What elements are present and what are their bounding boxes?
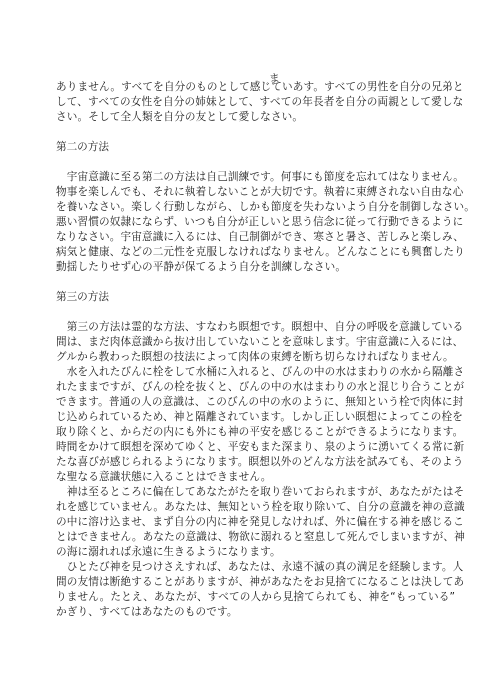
text-line: ありません。すべてを自分のものとして感じていあす。すべての男性を自分の兄弟と — [56, 80, 426, 95]
intro-paragraph: ありません。すべてを自分のものとして感じていあす。すべての男性を自分の兄弟と し… — [56, 80, 426, 125]
text-line: れを感じていません。あなたは、無知という栓を取り除いて、自分の意識を神の意識 — [56, 500, 426, 515]
text-line: の海に溺れれば永遠に生きるようになります。 — [56, 545, 426, 560]
text-line: なりなさい。宇宙意識に入るには、自己制御ができ、寒さと暑さ、苦しみと楽しみ、 — [56, 230, 426, 245]
section-2-paragraph: 宇宙意識に至る第二の方法は自己訓練です。何事にも節度を忘れてはなりません。 物事… — [56, 170, 426, 275]
spacer — [56, 305, 426, 320]
text-line: れたままですが、びんの栓を抜くと、びんの中の水はまわりの水と混じり合うことが — [56, 380, 426, 395]
text-line: 水を入れたびんに栓をして水桶に入れると、びんの中の水はまわりの水から隔離さ — [56, 365, 426, 380]
section-heading-third-method: 第三の方法 — [56, 290, 426, 305]
section-3-paragraphs: 第三の方法は霊的な方法、すなわち瞑想です。瞑想中、自分の呼吸を意識している 間は… — [56, 320, 426, 620]
spacer — [56, 155, 426, 170]
text-line: な聖なる意識状態に入ることはできません。 — [56, 470, 426, 485]
text-line: 間の友情は断絶することがありますが、神があなたをお見捨てになることは決してあ — [56, 575, 426, 590]
document-body: ありません。すべてを自分のものとして感じていあす。すべての男性を自分の兄弟と し… — [56, 80, 426, 620]
text-line: かぎり、すべてはあなたのものです。 — [56, 605, 426, 620]
text-line: ひとたび神を見つけさえすれば、あなたは、永遠不滅の真の満足を経験します。人 — [56, 560, 426, 575]
text-line: 物事を楽しんでも、それに執着しないことが大切です。執着に束縛されない自由な心 — [56, 185, 426, 200]
spacer — [56, 125, 426, 140]
text-line: 間は、まだ肉体意識から抜け出していないことを意味します。宇宙意識に入るには、 — [56, 335, 426, 350]
text-line: 病気と健康、などの二元性を克服しなければなりません。どんなことにも興奮したり — [56, 245, 426, 260]
text-line: 時間をかけて瞑想を深めてゆくと、平安もまた深まり、泉のように湧いてくる常に新 — [56, 440, 426, 455]
text-line: 取り除くと、からだの内にも外にも神の平安を感じることができるようになります。 — [56, 425, 426, 440]
text-line: たな喜びが感じられるようになります。瞑想以外のどんな方法を試みても、そのよう — [56, 455, 426, 470]
text-line: 動揺したりせず心の平静が保てるよう自分を訓練しなさい。 — [56, 260, 426, 275]
text-line: できます。普通の人の意識は、このびんの中の水のように、無知という栓で肉体に封 — [56, 395, 426, 410]
spacer — [56, 275, 426, 290]
text-line: じ込められているため、神と隔離されています。しかし正しい瞑想によってこの栓を — [56, 410, 426, 425]
text-line: の中に溶け込ませ、まず自分の内に神を発見しなければ、外に偏在する神を感じるこ — [56, 515, 426, 530]
text-line: 神は至るところに偏在してあなたがたを取り巻いておられますが、あなたがたはそ — [56, 485, 426, 500]
text-line: 宇宙意識に至る第二の方法は自己訓練です。何事にも節度を忘れてはなりません。 — [56, 170, 426, 185]
text-line: 第三の方法は霊的な方法、すなわち瞑想です。瞑想中、自分の呼吸を意識している — [56, 320, 426, 335]
text-line: 悪い習慣の奴隷にならず、いつも自分が正しいと思う信念に従って行動できるように — [56, 215, 426, 230]
scanned-document-page: ま ありません。すべてを自分のものとして感じていあす。すべての男性を自分の兄弟と… — [0, 0, 480, 678]
section-heading-second-method: 第二の方法 — [56, 140, 426, 155]
text-line: とはできません。あなたの意識は、物欲に溺れると窒息して死んでしまいますが、神 — [56, 530, 426, 545]
text-line: を養いなさい。楽しく行動しながら、しかも節度を失わないよう自分を制御しなさい。 — [56, 200, 426, 215]
text-line: して、すべての女性を自分の姉妹として、すべての年長者を自分の両親として愛しな — [56, 95, 426, 110]
text-line: りません。たとえ、あなたが、すべての人から見捨てられても、神を“もっている” — [56, 590, 426, 605]
text-line: グルから教わった瞑想の技法によって肉体の束縛を断ち切らなければなりません。 — [56, 350, 426, 365]
text-line: さい。そして全人類を自分の友として愛しなさい。 — [56, 110, 426, 125]
